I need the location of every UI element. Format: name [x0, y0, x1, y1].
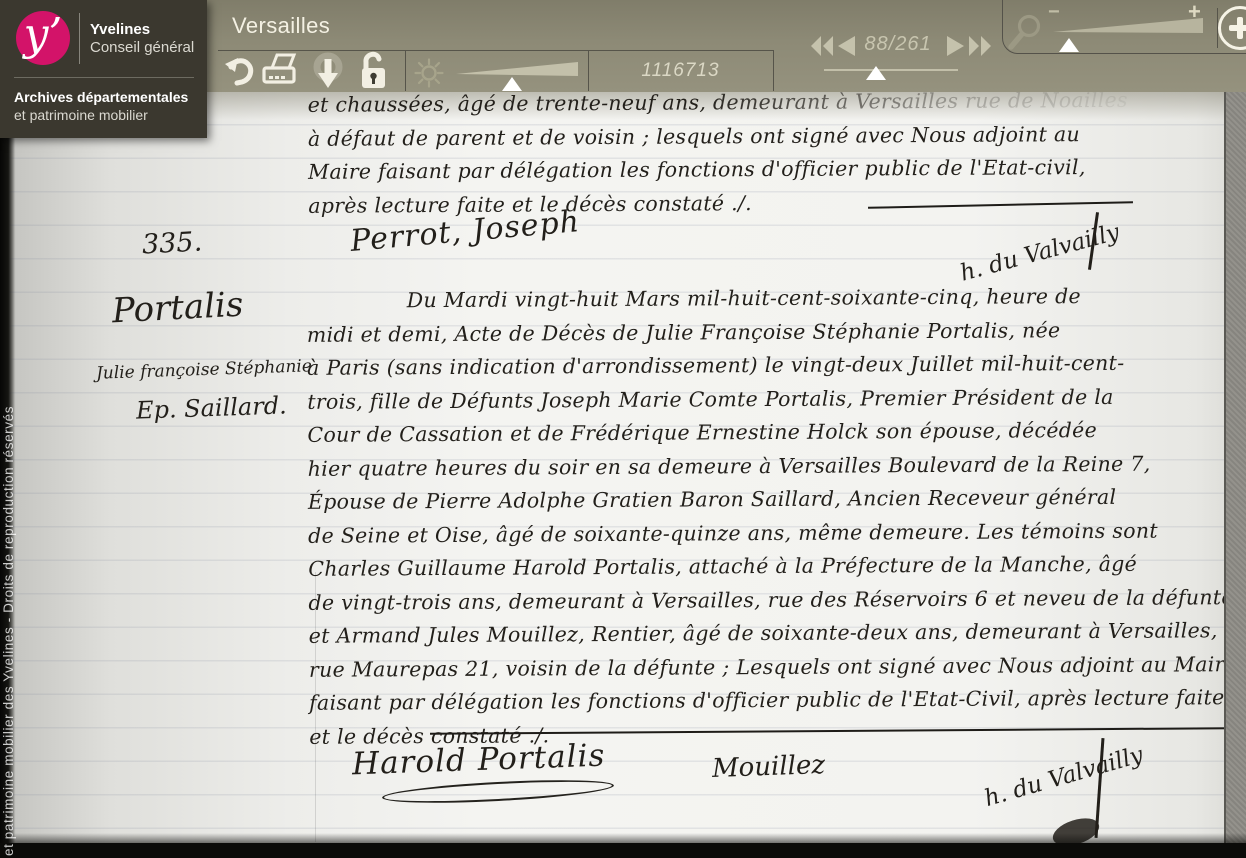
margin-given-names: Julie françoise Stéphanie [96, 356, 313, 384]
scan-bottom-edge [0, 843, 1246, 858]
download-button[interactable] [311, 52, 345, 92]
manuscript-line: hier quatre heures du soir en sa demeure… [308, 447, 1233, 486]
margin-spouse: Ep. Saillard. [136, 391, 288, 424]
margin-surname: Portalis [111, 285, 244, 332]
next-page-button[interactable] [946, 34, 966, 63]
logo-monogram-icon: y’ [16, 11, 70, 65]
print-icon [261, 52, 299, 90]
org-name: Yvelines [90, 21, 150, 38]
archive-viewer: { "branding": { "logo_monogram": "y’", "… [0, 0, 1246, 858]
download-icon [311, 52, 345, 92]
image-number-field[interactable]: 1116713 [588, 50, 774, 91]
signature-valvailly-bottom: h. du Valvailly [982, 742, 1146, 812]
scan-bottom-shadow [0, 833, 1246, 843]
last-page-icon [968, 34, 992, 58]
undo-icon [224, 55, 254, 88]
magnifier-icon [1005, 13, 1045, 53]
last-page-button[interactable] [968, 34, 992, 63]
manuscript-line: de vingt-trois ans, demeurant à Versaill… [308, 581, 1233, 620]
manuscript-death-act: Du Mardi vingt-huit Mars mil-huit-cent-s… [307, 279, 1235, 754]
manuscript-line: midi et demi, Acte de Décès de Julie Fra… [307, 313, 1232, 352]
next-page-edge [1224, 92, 1246, 858]
manuscript-line: trois, fille de Défunts Joseph Marie Com… [307, 380, 1232, 419]
margin-act-number: 335. [141, 226, 203, 260]
logo-divider [79, 13, 80, 64]
manuscript-line: faisant par délégation les fonctions d'o… [309, 681, 1234, 720]
brightness-slider-thumb[interactable] [502, 77, 522, 91]
page-slider-track[interactable] [824, 69, 958, 71]
plus-icon [1237, 17, 1243, 39]
zoom-slider-thumb[interactable] [1059, 38, 1079, 52]
toolbar-separator [405, 50, 406, 91]
first-page-button[interactable] [810, 34, 834, 63]
manuscript-line: à défaut de parent et de voisin ; lesque… [308, 117, 1233, 156]
previous-page-button[interactable] [836, 34, 856, 63]
first-page-icon [810, 34, 834, 58]
signature-harold-portalis: Harold Portalis [351, 738, 605, 783]
brightness-slider-track[interactable] [456, 60, 578, 78]
manuscript-line: Charles Guillaume Harold Portalis, attac… [308, 547, 1233, 586]
copyright-watermark: et patrimoine mobilier des Yvelines - Dr… [1, 112, 16, 856]
manuscript-line: et Armand Jules Mouillez, Rentier, âgé d… [309, 614, 1234, 653]
scanned-register-page[interactable]: 335. Portalis Julie françoise Stéphanie … [0, 92, 1246, 858]
unlock-button[interactable] [356, 50, 390, 92]
manuscript-line: de Seine et Oise, âgé de soixante-quinze… [308, 514, 1233, 553]
undo-button[interactable] [224, 55, 254, 88]
previous-page-icon [836, 34, 856, 58]
yvelines-logo: y’ Yvelines Conseil général Archives dép… [0, 0, 207, 138]
manuscript-line: Maire faisant par délégation les fonctio… [308, 150, 1233, 189]
signature-mouillez: Mouillez [712, 750, 826, 784]
manuscript-line: Cour de Cassation et de Frédérique Ernes… [307, 413, 1232, 452]
print-button[interactable] [261, 52, 299, 90]
image-number-value: 1116713 [641, 60, 719, 82]
page-slider-thumb[interactable] [866, 66, 886, 80]
logo-rule [14, 77, 194, 78]
signature-flourish [382, 776, 615, 807]
next-page-icon [946, 34, 966, 58]
signature-valvailly-top: h. du Valvailly [957, 219, 1122, 286]
manuscript-line: Épouse de Pierre Adolphe Gratien Baron S… [308, 480, 1233, 519]
org-subtitle: Conseil général [90, 39, 194, 56]
dept-line1: Archives départementales [14, 89, 188, 105]
zoom-control [1005, 13, 1045, 53]
brightness-sun-icon [414, 58, 444, 88]
dept-line2: et patrimoine mobilier [14, 107, 148, 123]
page-title: Versailles [232, 13, 330, 39]
unlock-icon [356, 50, 390, 92]
brightness-control[interactable] [414, 58, 444, 88]
zoom-slider-track[interactable] [1053, 15, 1203, 35]
manuscript-line: à Paris (sans indication d'arrondissemen… [307, 346, 1232, 385]
manuscript-line: Du Mardi vingt-huit Mars mil-huit-cent-s… [307, 279, 1232, 318]
page-counter: 88/261 [858, 33, 938, 56]
manuscript-line: rue Maurepas 21, voisin de la défunte ; … [309, 648, 1234, 687]
